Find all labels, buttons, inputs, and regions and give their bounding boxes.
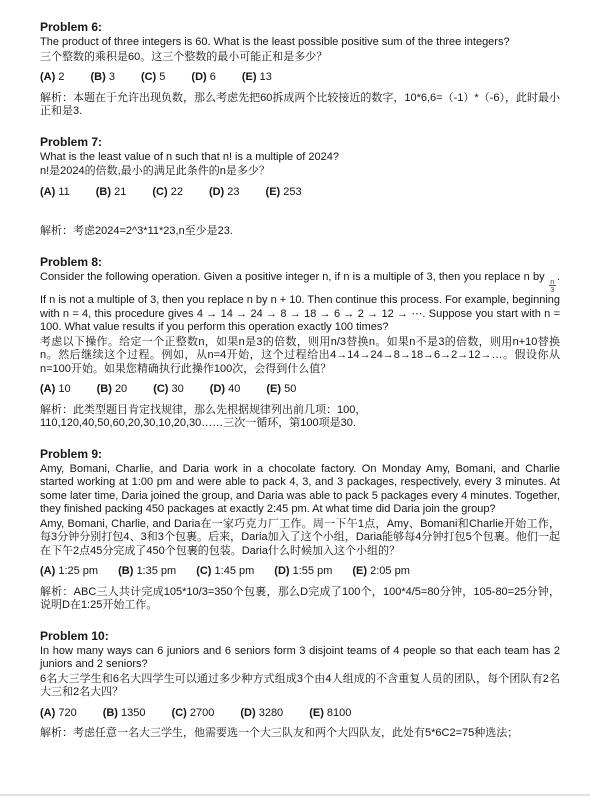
- option-value: 253: [283, 186, 301, 198]
- option-a: (A) 2: [40, 71, 64, 85]
- option-d: (D) 40: [210, 383, 241, 397]
- problem-7-question-zh: n!是2024的倍数,最小的满足此条件的n是多少？: [40, 165, 560, 179]
- option-a: (A) 720: [40, 707, 77, 721]
- problem-8-options-row: (A) 10 (B) 20 (C) 30 (D) 40 (E) 50: [40, 383, 560, 397]
- problem-10-title: Problem 10:: [40, 629, 560, 643]
- option-value: 22: [171, 186, 183, 198]
- option-value: 720: [58, 707, 76, 719]
- option-key: (B): [103, 707, 118, 719]
- option-value: 10: [58, 383, 70, 395]
- fraction-denominator: 3: [549, 285, 556, 294]
- option-key: (A): [40, 565, 55, 577]
- option-b: (B) 20: [97, 383, 128, 397]
- option-key: (A): [40, 707, 55, 719]
- option-key: (D): [191, 71, 206, 83]
- option-value: 3: [109, 71, 115, 83]
- option-c: (C) 30: [153, 383, 184, 397]
- problem-8-section: Problem 8: Consider the following operat…: [40, 255, 560, 431]
- option-key: (C): [153, 383, 168, 395]
- option-value: 23: [227, 186, 239, 198]
- problem-7-section: Problem 7: What is the least value of n …: [40, 135, 560, 239]
- option-key: (B): [90, 71, 105, 83]
- option-e: (E) 253: [266, 186, 302, 200]
- option-value: 2700: [190, 707, 214, 719]
- problem-10-options-row: (A) 720 (B) 1350 (C) 2700 (D) 3280 (E) 8…: [40, 707, 560, 721]
- option-value: 1:45 pm: [215, 565, 255, 577]
- problem-10-question-zh: 6名大三学生和6名大四学生可以通过多少种方式组成3个由4人组成的不含重复人员的团…: [40, 673, 560, 700]
- option-key: (E): [242, 71, 257, 83]
- option-value: 2: [58, 71, 64, 83]
- option-e: (E) 13: [242, 71, 272, 85]
- option-key: (C): [172, 707, 187, 719]
- option-d: (D) 6: [191, 71, 215, 85]
- option-c: (C) 22: [152, 186, 183, 200]
- option-e: (E) 2:05 pm: [352, 565, 409, 579]
- problem-7-title: Problem 7:: [40, 135, 560, 149]
- option-value: 6: [210, 71, 216, 83]
- problem-8-title: Problem 8:: [40, 255, 560, 269]
- option-value: 50: [284, 383, 296, 395]
- option-a: (A) 10: [40, 383, 71, 397]
- problem-8-analysis: 解析：此类型题目肯定找规律，那么先根据规律列出前几项：100， 110,120,…: [40, 404, 560, 431]
- problem-8-question-zh: 考虑以下操作。给定一个正整数n，如果n是3的倍数，则用n/3替换n。如果n不是3…: [40, 336, 560, 377]
- question-text-before-fraction: Consider the following operation. Given …: [40, 271, 548, 283]
- option-d: (D) 1:55 pm: [274, 565, 332, 579]
- problem-6-title: Problem 6:: [40, 20, 560, 34]
- option-value: 8100: [327, 707, 351, 719]
- problem-10-analysis: 解析：考虑任意一名大三学生，他需要选一个大三队友和两个大四队友，此处有5*6C2…: [40, 727, 560, 741]
- problem-6-question-en: The product of three integers is 60. Wha…: [40, 36, 560, 50]
- problem-9-analysis: 解析：ABC三人共计完成105*10/3=350个包裹，那么D完成了100个，1…: [40, 586, 560, 613]
- option-key: (B): [97, 383, 112, 395]
- option-e: (E) 8100: [309, 707, 351, 721]
- problem-6-analysis: 解析：本题在于允许出现负数，那么考虑先把60拆成两个比较接近的数字，10*6,6…: [40, 92, 560, 119]
- option-key: (D): [210, 383, 225, 395]
- option-key: (D): [274, 565, 289, 577]
- option-value: 3280: [259, 707, 283, 719]
- problem-6-question-zh: 三个整数的乘积是60。这三个整数的最小可能正和是多少？: [40, 51, 560, 65]
- option-key: (C): [152, 186, 167, 198]
- option-key: (E): [266, 186, 281, 198]
- problem-9-section: Problem 9: Amy, Bomani, Charlie, and Dar…: [40, 447, 560, 613]
- option-value: 30: [172, 383, 184, 395]
- option-c: (C) 1:45 pm: [196, 565, 254, 579]
- option-e: (E) 50: [266, 383, 296, 397]
- option-value: 1:35 pm: [136, 565, 176, 577]
- option-key: (C): [141, 71, 156, 83]
- problem-7-options-row: (A) 11 (B) 21 (C) 22 (D) 23 (E) 253: [40, 186, 560, 200]
- option-key: (C): [196, 565, 211, 577]
- problem-8-question-en: Consider the following operation. Given …: [40, 271, 560, 335]
- option-value: 21: [114, 186, 126, 198]
- problem-10-section: Problem 10: In how many ways can 6 junio…: [40, 629, 560, 741]
- option-key: (A): [40, 71, 55, 83]
- problem-9-question-zh: Amy, Bomani, Charlie, and Daria在一家巧克力厂工作…: [40, 518, 560, 559]
- option-d: (D) 23: [209, 186, 240, 200]
- problem-9-question-en: Amy, Bomani, Charlie, and Daria work in …: [40, 463, 560, 517]
- option-key: (E): [266, 383, 281, 395]
- option-value: 1350: [121, 707, 145, 719]
- problem-10-question-en: In how many ways can 6 juniors and 6 sen…: [40, 645, 560, 672]
- problem-7-analysis: 解析：考虑2024=2^3*11*23,n至少是23.: [40, 225, 560, 239]
- option-b: (B) 3: [90, 71, 114, 85]
- option-value: 20: [115, 383, 127, 395]
- document-page: Problem 6: The product of three integers…: [0, 0, 590, 741]
- option-value: 2:05 pm: [370, 565, 410, 577]
- problem-9-title: Problem 9:: [40, 447, 560, 461]
- option-c: (C) 2700: [172, 707, 215, 721]
- option-value: 1:55 pm: [293, 565, 333, 577]
- option-key: (D): [240, 707, 255, 719]
- bottom-divider-line: [0, 794, 590, 796]
- option-key: (B): [118, 565, 133, 577]
- option-key: (E): [352, 565, 367, 577]
- problem-6-options-row: (A) 2 (B) 3 (C) 5 (D) 6 (E) 13: [40, 71, 560, 85]
- option-value: 40: [228, 383, 240, 395]
- option-a: (A) 11: [40, 186, 70, 200]
- option-b: (B) 21: [96, 186, 127, 200]
- option-b: (B) 1:35 pm: [118, 565, 176, 579]
- option-value: 1:25 pm: [58, 565, 98, 577]
- option-key: (E): [309, 707, 324, 719]
- option-b: (B) 1350: [103, 707, 146, 721]
- option-value: 11: [58, 186, 69, 198]
- option-a: (A) 1:25 pm: [40, 565, 98, 579]
- option-key: (A): [40, 186, 55, 198]
- problem-9-options-row: (A) 1:25 pm (B) 1:35 pm (C) 1:45 pm (D) …: [40, 565, 560, 579]
- option-d: (D) 3280: [240, 707, 283, 721]
- problem-7-question-en: What is the least value of n such that n…: [40, 151, 560, 165]
- option-value: 13: [260, 71, 272, 83]
- option-value: 5: [159, 71, 165, 83]
- problem-6-section: Problem 6: The product of three integers…: [40, 20, 560, 119]
- fraction-n-over-3: n3: [549, 278, 556, 295]
- option-key: (B): [96, 186, 111, 198]
- option-key: (A): [40, 383, 55, 395]
- fraction-numerator: n: [550, 278, 554, 286]
- option-c: (C) 5: [141, 71, 165, 85]
- option-key: (D): [209, 186, 224, 198]
